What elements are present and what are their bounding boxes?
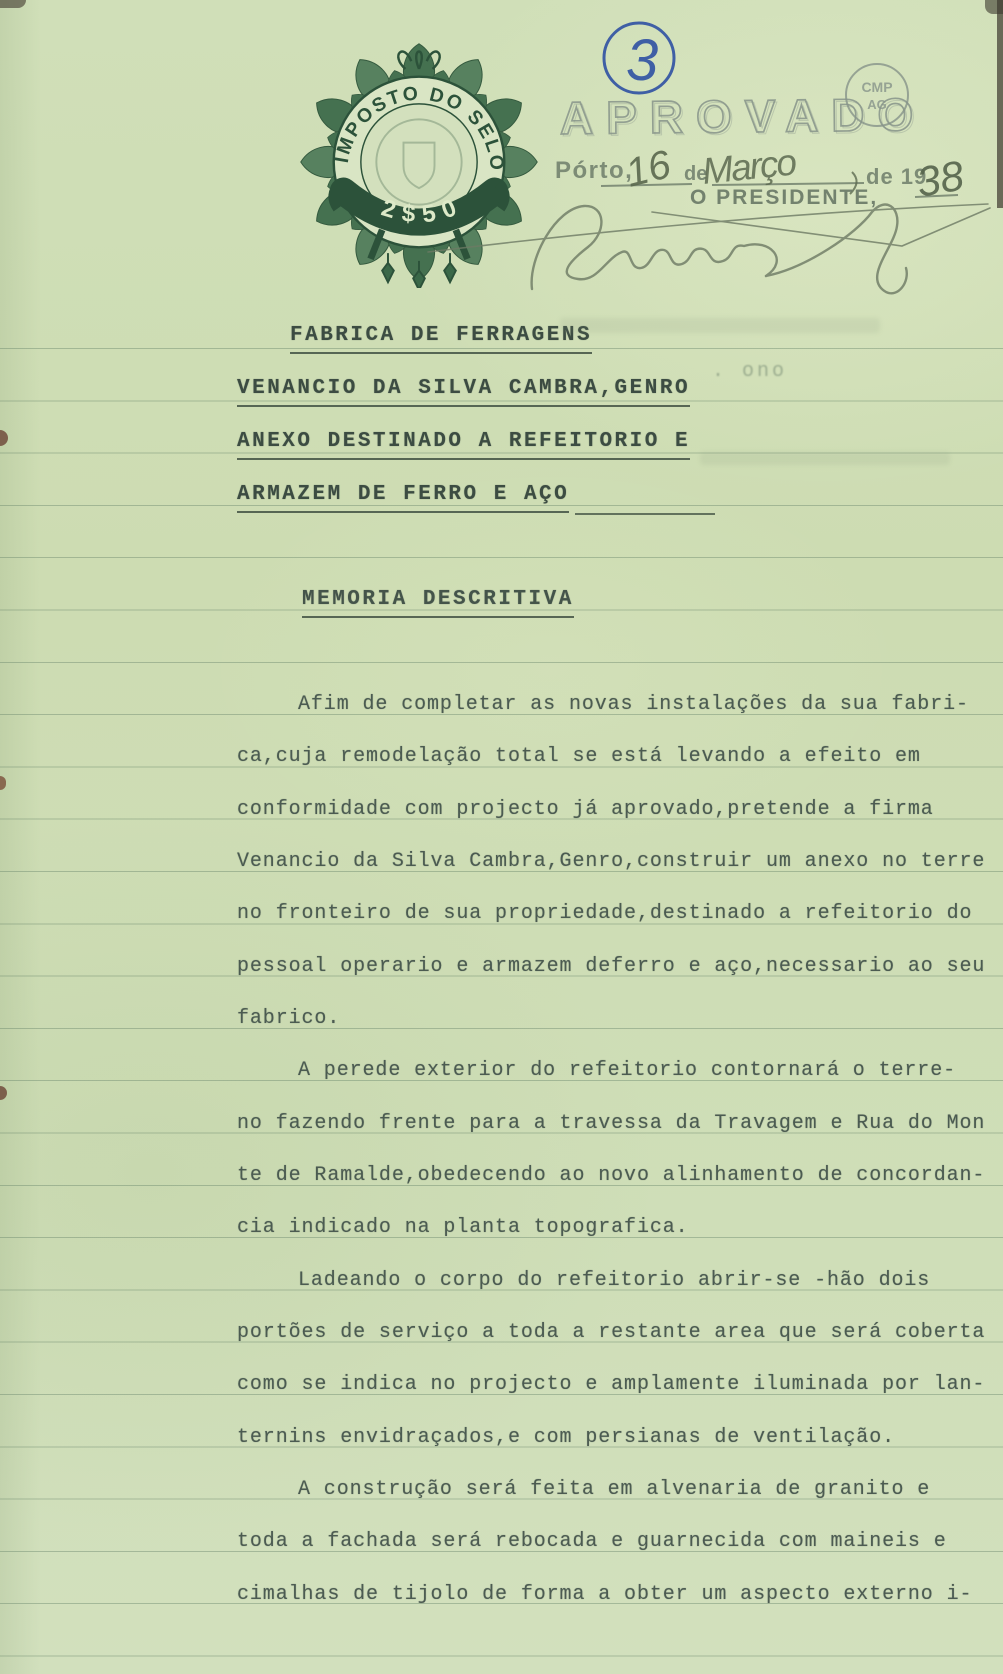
date-city: Pórto, — [555, 157, 633, 184]
body-line: Afim de completar as novas instalações d… — [298, 693, 969, 716]
body-line: Venancio da Silva Cambra,Genro,construir… — [237, 850, 985, 873]
body-line: A construção será feita em alvenaria de … — [298, 1478, 930, 1501]
body-line: fabrico. — [237, 1007, 340, 1030]
section-heading: MEMORIA DESCRITIVA — [302, 588, 574, 618]
signature-icon — [428, 204, 990, 293]
ghost-offset-text: . ono — [712, 360, 787, 383]
body-line: toda a fachada será rebocada e guarnecid… — [237, 1530, 947, 1553]
scan-artifact — [0, 776, 6, 790]
ruled-lines — [0, 348, 1003, 1657]
body-line: conformidade com projecto já aprovado,pr… — [237, 798, 934, 821]
body-line: portões de serviço a toda a restante are… — [237, 1321, 985, 1344]
title-line-3: ANEXO DESTINADO A REFEITORIO E — [237, 430, 690, 460]
body-line: cia indicado na planta topografica. — [237, 1216, 689, 1239]
scan-artifact — [985, 0, 1003, 14]
print-smudge — [560, 318, 880, 333]
president-stamp: O PRESIDENTE, — [690, 186, 878, 209]
title-line-1: FABRICA DE FERRAGENS — [290, 324, 592, 354]
scan-artifact — [0, 1086, 7, 1100]
title-line-4: ARMAZEM DE FERRO E AÇO — [237, 483, 569, 513]
document-page: IMPOSTO DO SELO 2$50 3 APROVADO APROVADO… — [0, 0, 1003, 1674]
body-line: cimalhas de tijolo de forma a obter um a… — [237, 1583, 972, 1606]
body-line: ca,cuja remodelação total se está levand… — [237, 745, 921, 768]
body-line: te de Ramalde,obedecendo ao novo alinham… — [237, 1164, 985, 1187]
title-line-4-text: ARMAZEM DE FERRO E AÇO — [237, 483, 569, 513]
body-line: Ladeando o corpo do refeitorio abrir-se … — [298, 1269, 930, 1292]
title-line-1-text: FABRICA DE FERRAGENS — [290, 324, 592, 354]
scan-artifact — [0, 0, 26, 8]
date-day-handwritten: 16 — [621, 142, 676, 196]
body-line: no fronteiro de sua propriedade,destinad… — [237, 902, 972, 925]
approval-annotations: 3 APROVADO APROVADO CMP AG Pórto, de de … — [0, 0, 1003, 340]
body-line: pessoal operario e armazem deferro e aço… — [237, 955, 985, 978]
round-stamp-line1: CMP — [861, 79, 892, 95]
title-line-2: VENANCIO DA SILVA CAMBRA,GENRO — [237, 377, 690, 407]
section-heading-text: MEMORIA DESCRITIVA — [302, 588, 574, 618]
page-number: 3 — [626, 28, 658, 93]
title-line-2-text: VENANCIO DA SILVA CAMBRA,GENRO — [237, 377, 690, 407]
title-line-3-text: ANEXO DESTINADO A REFEITORIO E — [237, 430, 690, 460]
date-year-handwritten: 38 — [913, 151, 968, 206]
scan-artifact — [0, 430, 8, 446]
body-line: como se indica no projecto e amplamente … — [237, 1373, 985, 1396]
body-line: ternins envidraçados,e com persianas de … — [237, 1426, 895, 1449]
body-line: A perede exterior do refeitorio contorna… — [298, 1059, 956, 1082]
scan-artifact — [997, 0, 1003, 208]
print-smudge — [700, 452, 950, 465]
body-line: no fazendo frente para a travessa da Tra… — [237, 1112, 985, 1135]
page-number-circle: 3 — [604, 23, 674, 93]
round-stamp-line2: AG — [867, 97, 887, 112]
title-line-4-underline-tail — [575, 513, 715, 515]
